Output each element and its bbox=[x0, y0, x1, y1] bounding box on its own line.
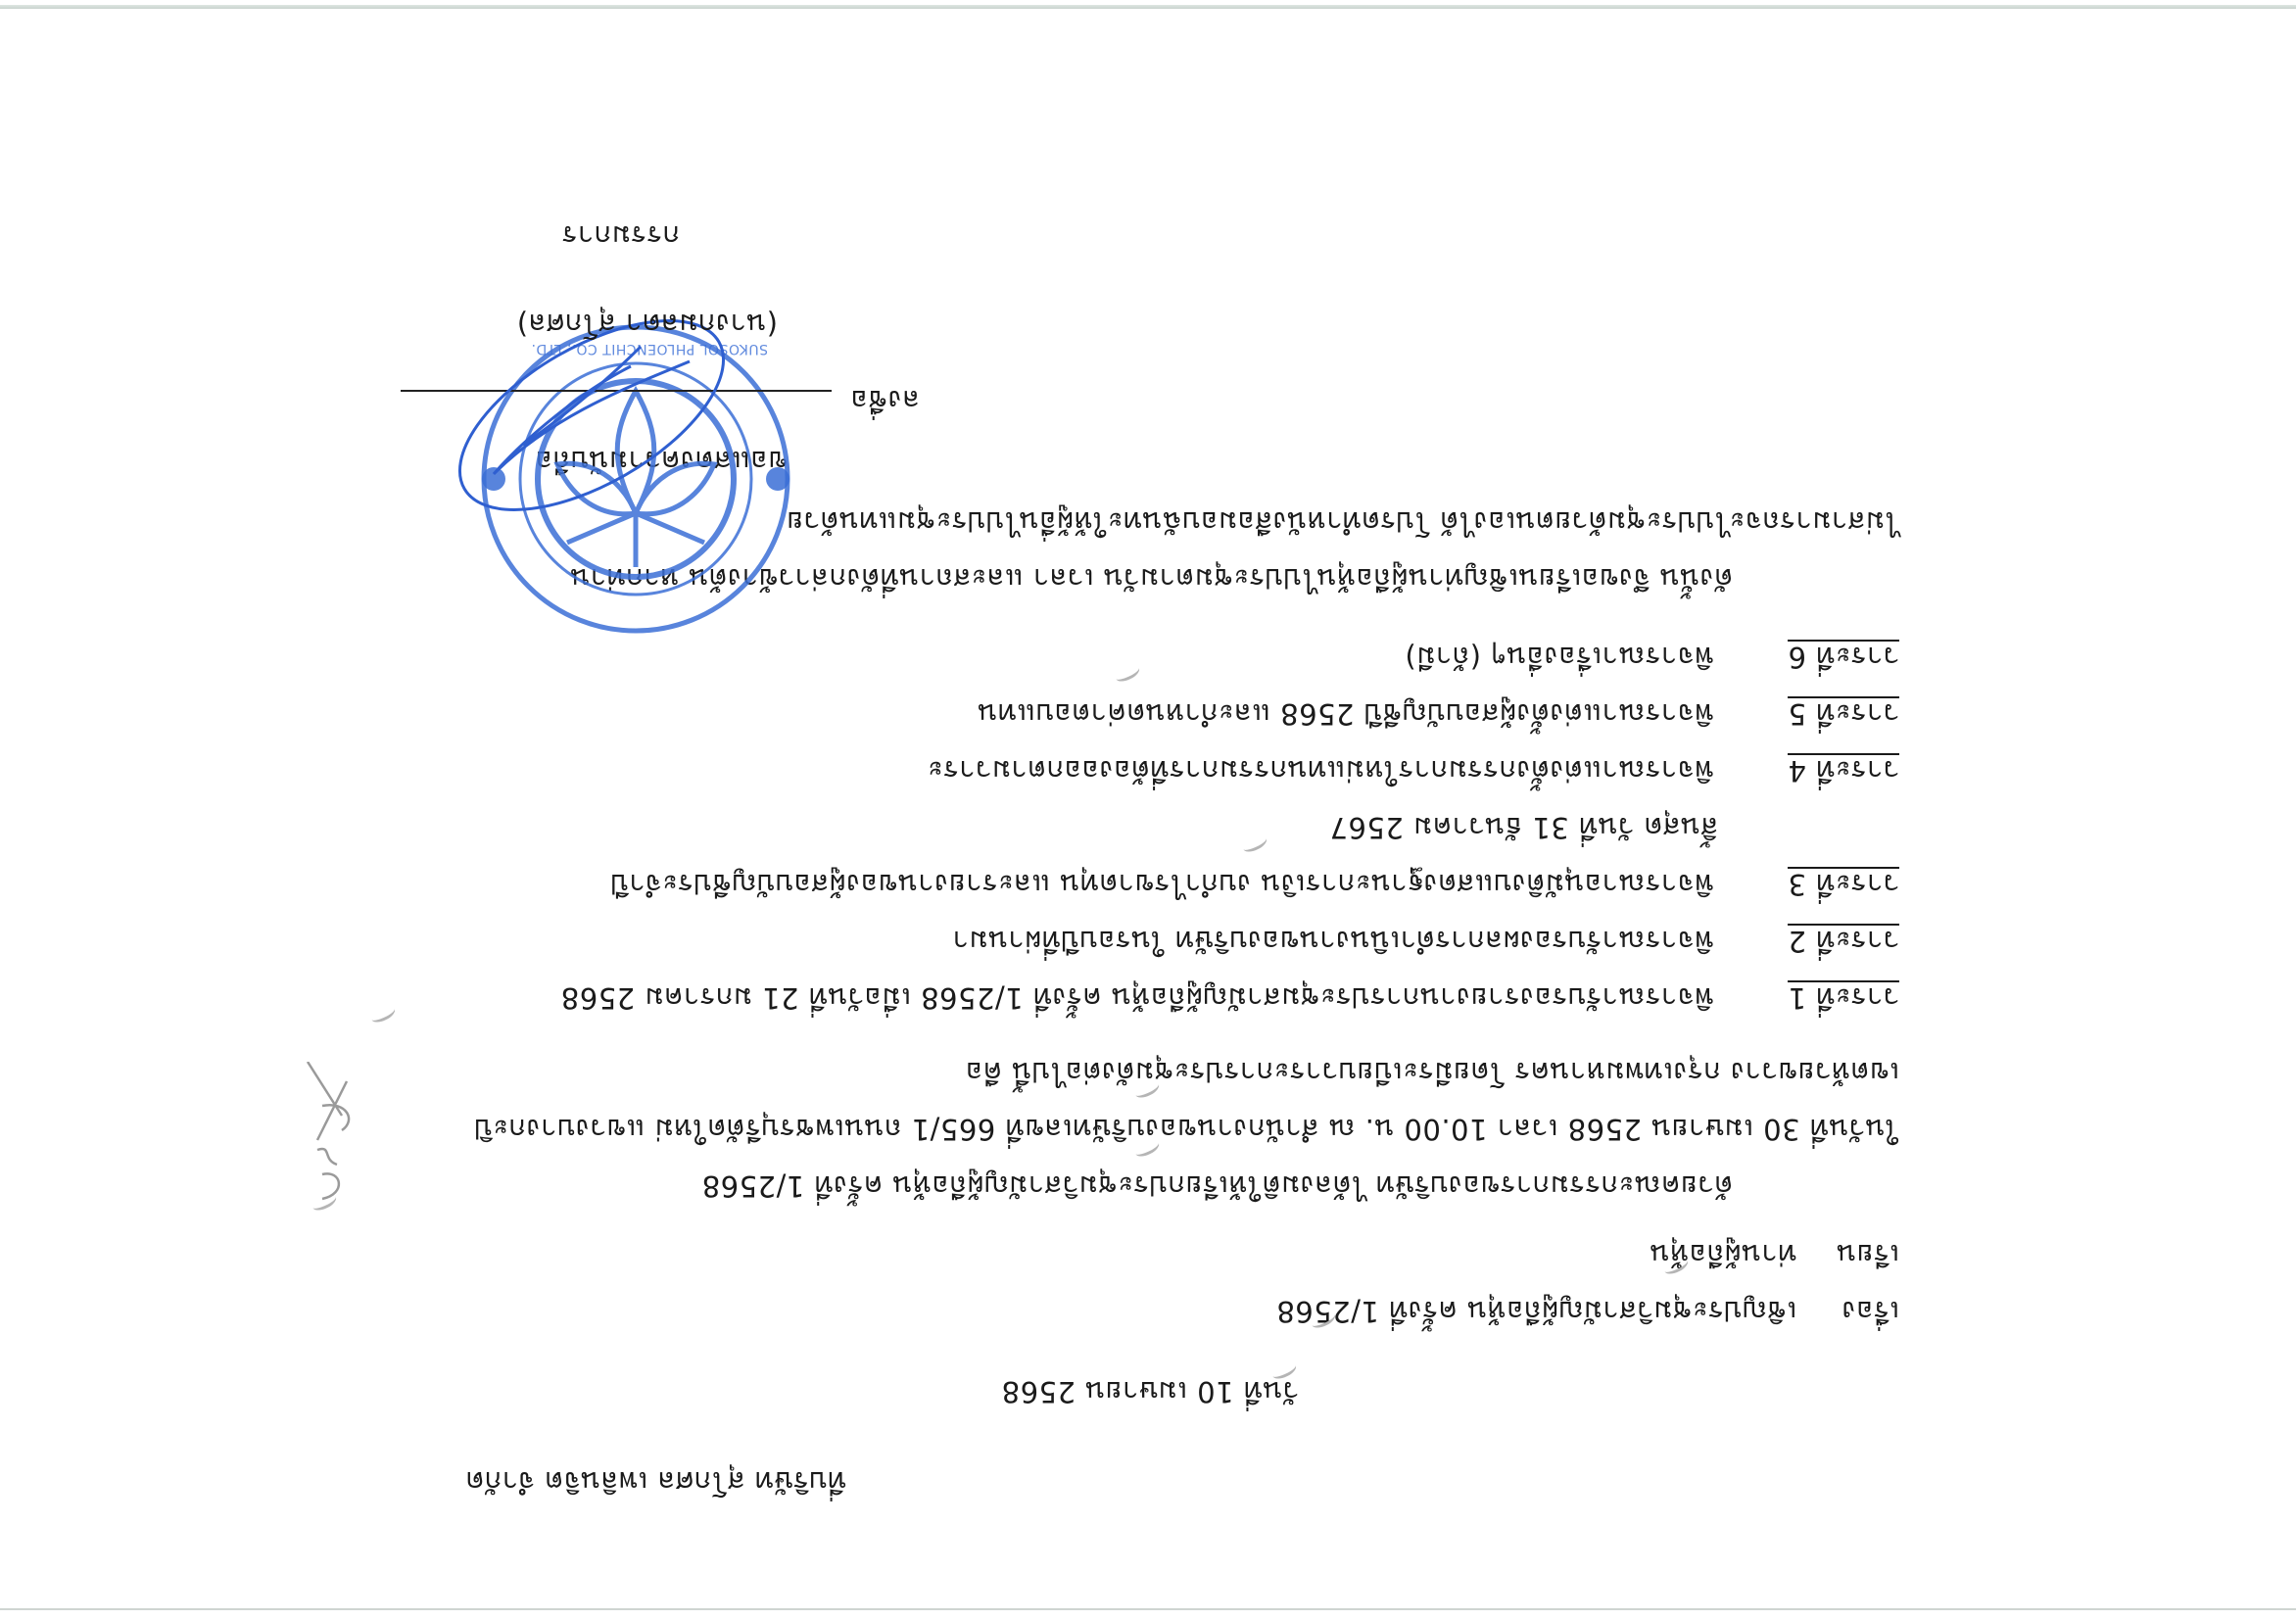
signer-title: กรรมการ bbox=[561, 214, 680, 259]
subject-label: เรื่อง bbox=[1806, 1289, 1899, 1334]
pencil-initial-icon bbox=[288, 1062, 376, 1209]
agenda-text: พิจารณาแต่งตั้งผู้สอบบัญชีปี 2568 และกำห… bbox=[978, 697, 1713, 731]
agenda-text: พิจารณารับรองรายงานการประชุมสามัญผู้ถือห… bbox=[560, 981, 1713, 1015]
body-line: ในวันที่ 30 เมษายน 2568 เวลา 10.00 น. ณ … bbox=[474, 1107, 1899, 1152]
tick-mark bbox=[1113, 662, 1141, 685]
tick-mark bbox=[368, 1003, 397, 1025]
agenda-item: วาระที่ 6 พิจารณาเรื่องอื่นๆ (ถ้ามี) bbox=[1405, 635, 1899, 680]
agenda-item: วาระที่ 5 พิจารณาแต่งตั้งผู้สอบบัญชีปี 2… bbox=[978, 691, 1899, 737]
agenda-number: วาระที่ 2 bbox=[1723, 919, 1899, 964]
agenda-item: วาระที่ 2 พิจารณารับรองผลการดำเนินงานของ… bbox=[952, 919, 1899, 964]
agenda-continuation: สิ้นสุด วันที่ 31 ธันวาคม 2567 bbox=[1329, 805, 1718, 850]
company-line: ที่บริษัท สุโกศล เพลินจิต จำกัด bbox=[465, 1459, 846, 1504]
agenda-text: พิจารณารับรองผลการดำเนินงานของบริษัท ในร… bbox=[952, 925, 1713, 958]
subject-text: เชิญประชุมวิสามัญผู้ถือหุ้น ครั้งที่ 1/2… bbox=[1276, 1295, 1796, 1328]
agenda-text: พิจารณาอนุมัติงบแสดงฐานะการเงิน งบกำไรขา… bbox=[610, 868, 1713, 901]
salutation-row: เรียน ท่านผู้ถือหุ้น bbox=[1650, 1232, 1899, 1277]
sign-label: ลงชื่อ bbox=[850, 378, 920, 423]
salutation-label: เรียน bbox=[1806, 1232, 1899, 1277]
agenda-number: วาระที่ 3 bbox=[1723, 862, 1899, 907]
body-line: ด้วยคณะกรรมการของบริษัท ได้ลงมติให้เรียก… bbox=[701, 1164, 1733, 1209]
agenda-item: วาระที่ 4 พิจารณาแต่งตั้งกรรมการใหม่แทนก… bbox=[928, 748, 1899, 793]
closing-line: ไม่สามารถจะไปประชุมด้วยตนเองได้ โปรดทำหน… bbox=[787, 500, 1899, 545]
agenda-number: วาระที่ 6 bbox=[1723, 635, 1899, 680]
date-line: วันที่ 10 เมษายน 2568 bbox=[1001, 1369, 1299, 1414]
agenda-text: พิจารณาเรื่องอื่นๆ (ถ้ามี) bbox=[1405, 641, 1713, 674]
agenda-number: วาระที่ 4 bbox=[1723, 748, 1899, 793]
tick-mark bbox=[1240, 833, 1268, 855]
agenda-item: วาระที่ 1 พิจารณารับรองรายงานการประชุมสา… bbox=[560, 976, 1899, 1021]
subject-row: เรื่อง เชิญประชุมวิสามัญผู้ถือหุ้น ครั้ง… bbox=[1276, 1289, 1899, 1334]
agenda-text: พิจารณาแต่งตั้งกรรมการใหม่แทนกรรมการที่ต… bbox=[928, 754, 1714, 787]
agenda-item: วาระที่ 3 พิจารณาอนุมัติงบแสดงฐานะการเงิ… bbox=[610, 862, 1899, 907]
agenda-number: วาระที่ 1 bbox=[1723, 976, 1899, 1021]
body-line: เขตห้วยขวาง กรุงเทพมหานคร โดยมีระเบียบวา… bbox=[965, 1050, 1899, 1095]
letter-page: ที่บริษัท สุโกศล เพลินจิต จำกัด วันที่ 1… bbox=[0, 0, 2296, 1620]
signer-name: (นางกมลดา สุโกศล) bbox=[516, 302, 778, 347]
agenda-number: วาระที่ 5 bbox=[1723, 691, 1899, 737]
